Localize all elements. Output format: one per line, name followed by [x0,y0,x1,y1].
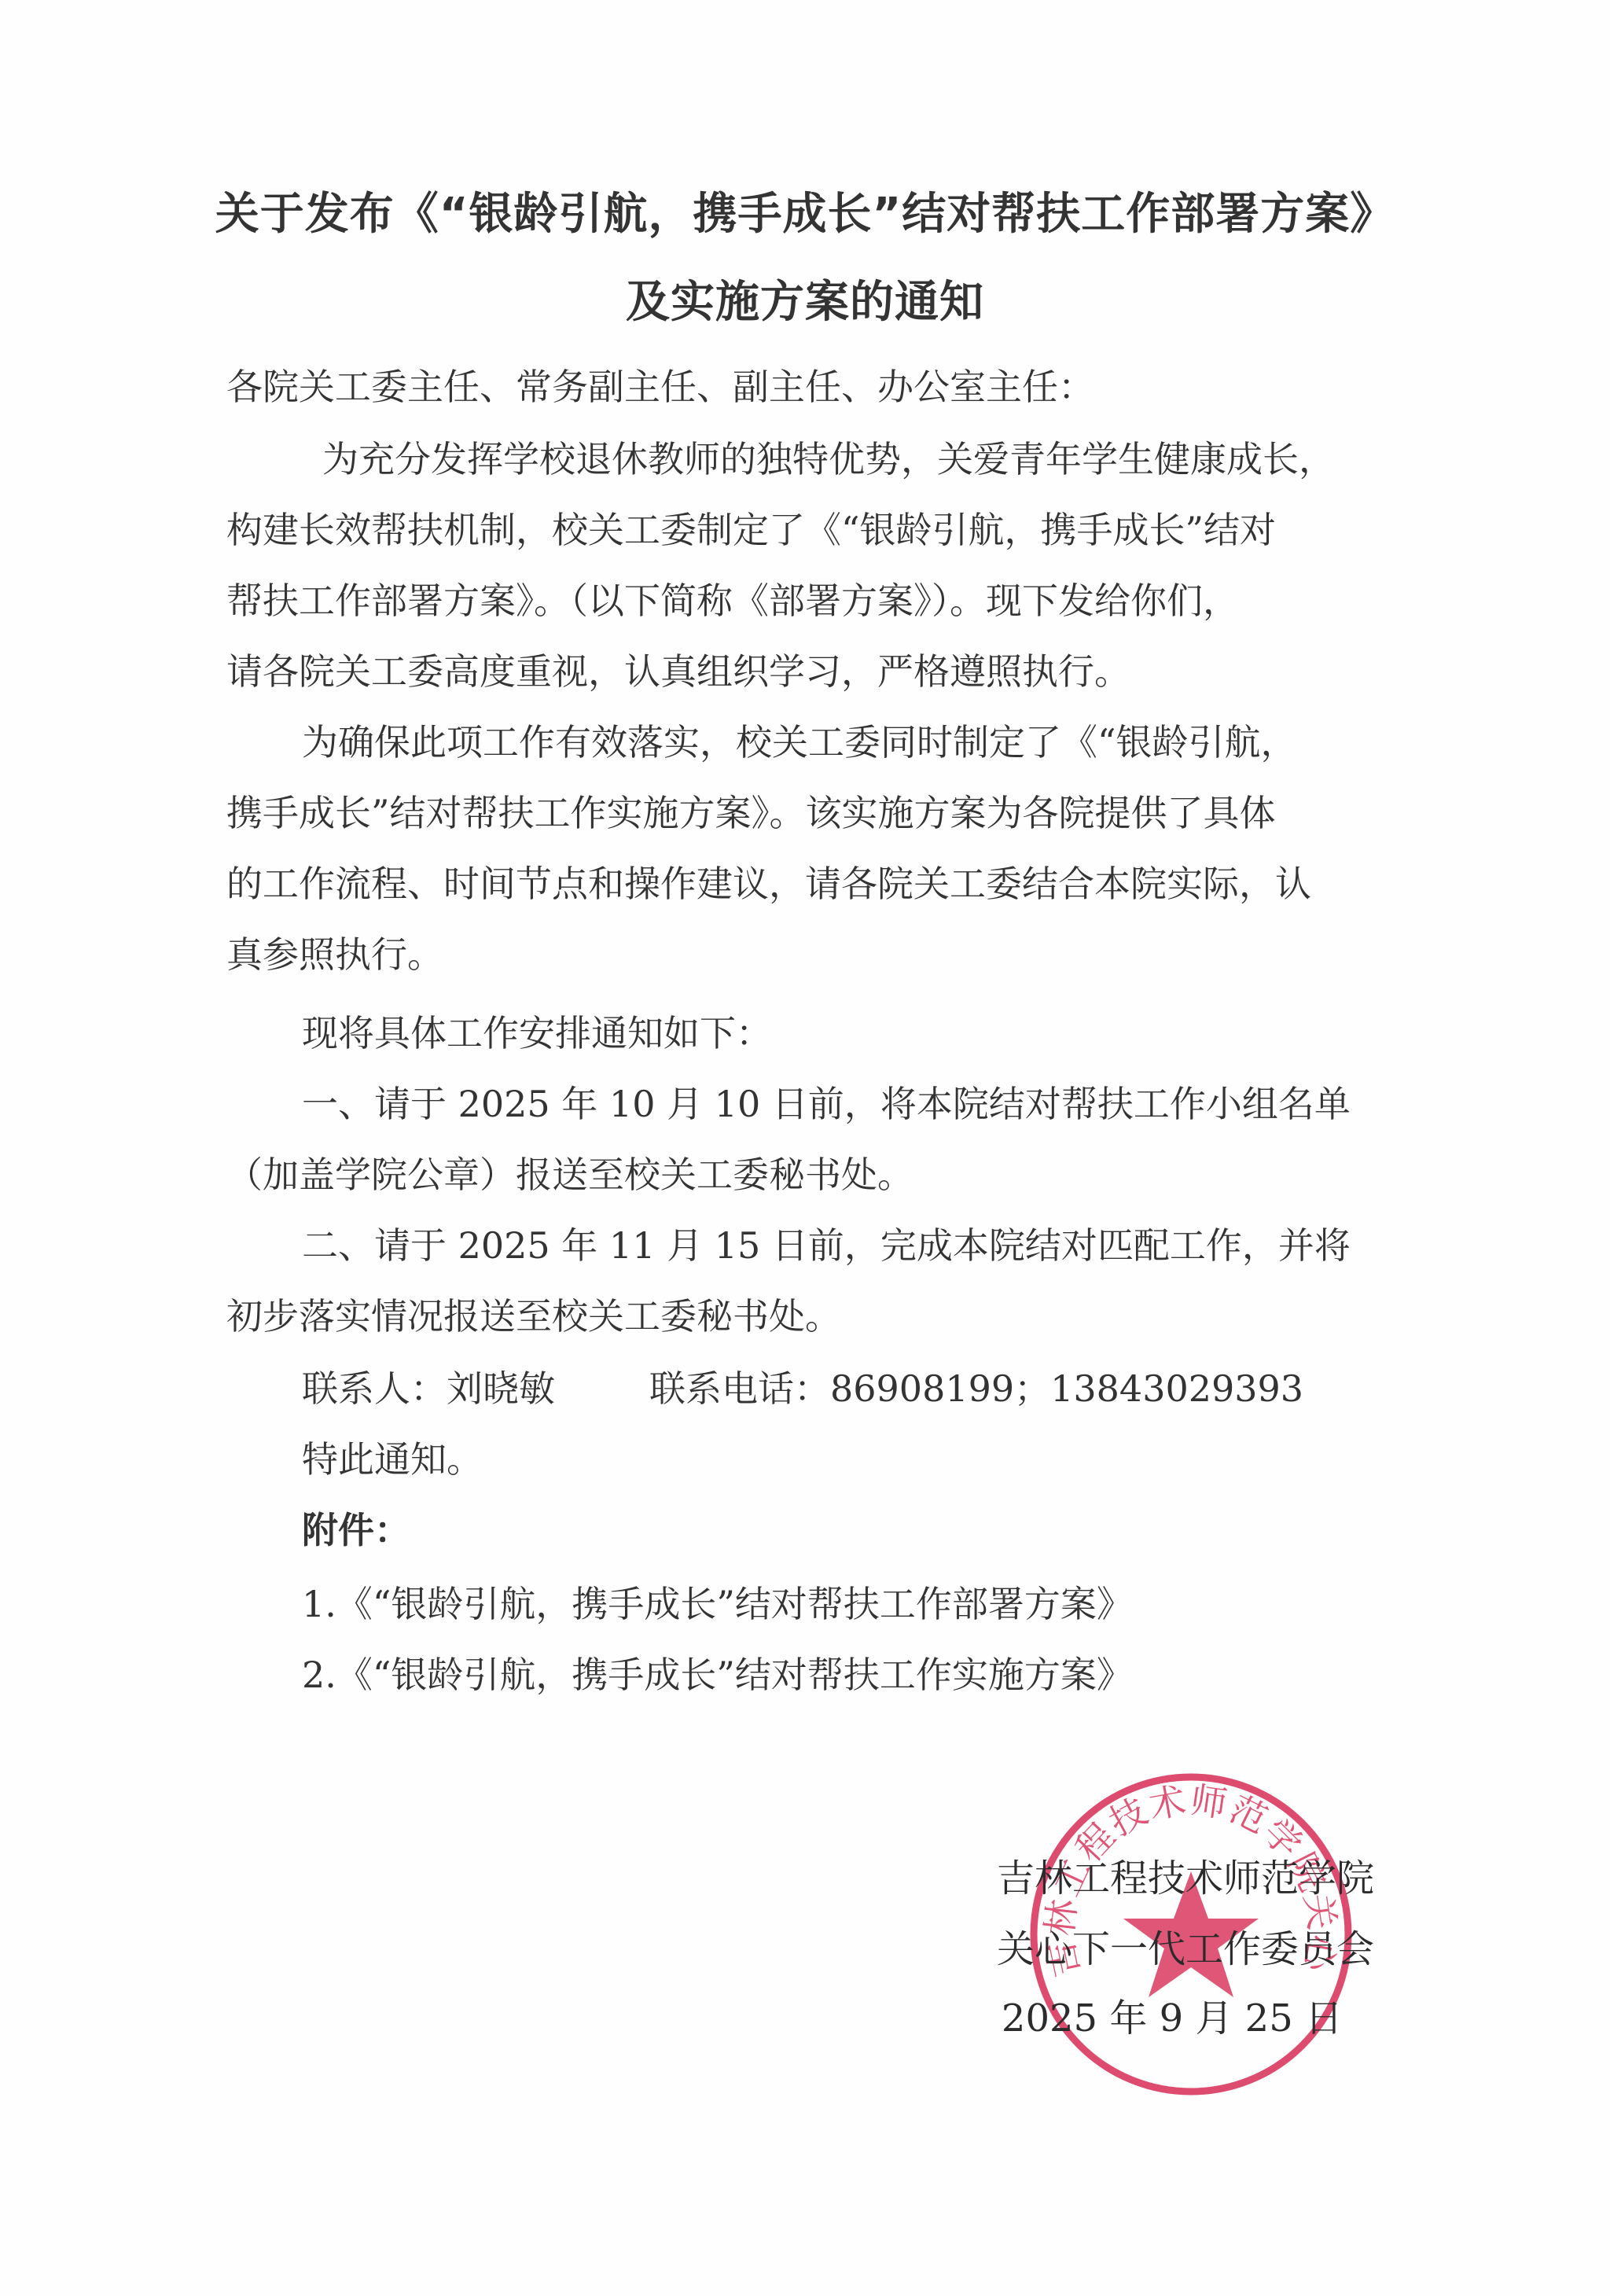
work-arrangement-intro: 现将具体工作安排通知如下： [302,1010,772,1057]
paragraph2-line1: 为确保此项工作有效落实，校关工委同时制定了《“银龄引航， [302,719,1297,766]
attachment-item-1[interactable]: 1.《“银龄引航，携手成长”结对帮扶工作部署方案》 [302,1580,1133,1628]
paragraph2-line4: 真参照执行。 [226,931,443,978]
document-title-line1: 关于发布《“银龄引航，携手成长”结对帮扶工作部署方案》 [0,179,1610,242]
item1-line2: （加盖学院公章）报送至校关工委秘书处。 [226,1151,913,1198]
closing-text: 特此通知。 [302,1436,483,1483]
attachment-item-2[interactable]: 2.《“银龄引航，携手成长”结对帮扶工作实施方案》 [302,1651,1133,1698]
paragraph1-line3: 帮扶工作部署方案》。（以下简称《部署方案》）。现下发给你们， [226,577,1239,624]
paragraph1-line4: 请各院关工委高度重视，认真组织学习，严格遵照执行。 [226,648,1130,695]
document-page: 关于发布《“银龄引航，携手成长”结对帮扶工作部署方案》 及实施方案的通知 各院关… [0,0,1610,2296]
signature-org-line2: 关心下一代工作委员会 [997,1919,1374,1973]
item2-line1: 二、请于 2025 年 11 月 15 日前，完成本院结对匹配工作，并将 [302,1222,1351,1269]
item1-line1: 一、请于 2025 年 10 月 10 日前，将本院结对帮扶工作小组名单 [302,1080,1351,1128]
contact-line: 联系人：刘晓敏联系电话：86908199；13843029393 [302,1365,1303,1412]
signature-org-line1: 吉林工程技术师范学院 [997,1848,1374,1902]
paragraph2-line2: 携手成长”结对帮扶工作实施方案》。该实施方案为各院提供了具体 [226,789,1276,837]
salutation: 各院关工委主任、常务副主任、副主任、办公室主任： [226,363,1094,410]
paragraph1-line1: 为充分发挥学校退休教师的独特优势，关爱青年学生健康成长， [322,436,1335,483]
paragraph1-line2: 构建长效帮扶机制，校关工委制定了《“银龄引航，携手成长”结对 [226,506,1276,554]
attachments-heading: 附件： [302,1507,410,1554]
item2-line2: 初步落实情况报送至校关工委秘书处。 [226,1293,841,1340]
contact-person: 联系人：刘晓敏 [302,1367,555,1410]
document-title-line2: 及实施方案的通知 [0,267,1610,330]
paragraph2-line3: 的工作流程、时间节点和操作建议，请各院关工委结合本院实际，认 [226,860,1311,907]
signature-date: 2025 年 9 月 25 日 [1002,1988,1343,2042]
contact-phone: 联系电话：86908199；13843029393 [649,1367,1303,1410]
